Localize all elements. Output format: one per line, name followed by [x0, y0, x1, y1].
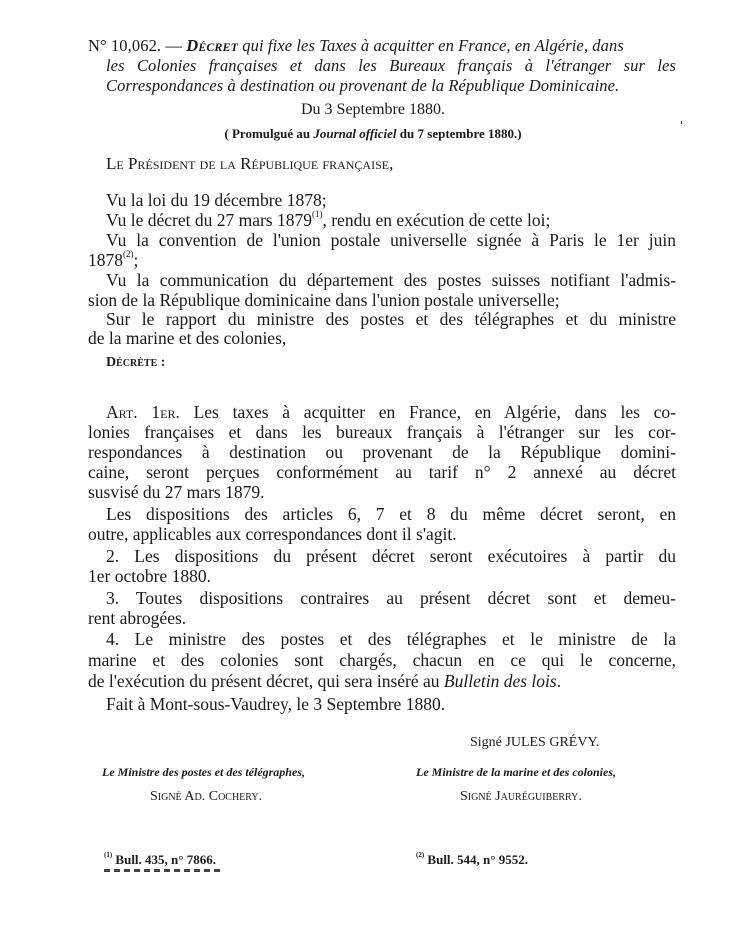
art1-line-2: lonies françaises et dans les bureaux fr… [88, 422, 676, 443]
art2-line-1: 2. Les dispositions du présent décret se… [106, 546, 676, 567]
footnote-ref-1[interactable]: (1) [312, 209, 323, 219]
sur-rapport-line-2: de la marine et des colonies, [88, 328, 286, 349]
decrete-heading: Décrète : [106, 355, 165, 371]
vu-convention-end: ; [134, 250, 139, 270]
journal-officiel: Journal officiel [313, 126, 396, 141]
vu-decret-text: Vu le décret du 27 mars 1879 [106, 210, 312, 230]
decree-title-line-3: Correspondances à destination ou provena… [106, 76, 619, 96]
footnote-2: (2) Bull. 544, n° 9552. [416, 852, 528, 868]
art4-line-2: marine et des colonies sont chargés, cha… [88, 650, 676, 671]
art1b-line-1: Les dispositions des articles 6, 7 et 8 … [106, 504, 676, 525]
promulgation-note: ( Promulgué au Journal officiel du 7 sep… [0, 126, 746, 142]
art1-line-4: caine, seront perçues conformément au ta… [88, 462, 676, 483]
art4-line-3: de l'exécution du présent décret, qui se… [88, 671, 561, 692]
vu-loi: Vu la loi du 19 décembre 1878; [106, 190, 327, 211]
title-text-1: qui fixe les Taxes à acquitter en France… [238, 36, 624, 55]
decree-title-line-2: les Colonies françaises et dans les Bure… [106, 56, 676, 76]
promulgation-post: du 7 septembre 1880.) [397, 126, 522, 141]
footnote-1: (1) Bull. 435, n° 7866. [104, 852, 216, 868]
art1-line-1: Art. 1er. Les taxes à acquitter en Franc… [106, 402, 676, 423]
art1-line-3: respondances à destination ou provenant … [88, 442, 676, 463]
vu-communication-line-1: Vu la communication du département des p… [106, 270, 676, 291]
fait-a-line: Fait à Mont-sous-Vaudrey, le 3 Septembre… [106, 694, 445, 715]
vu-convention-line-1: Vu la convention de l'union postale univ… [106, 230, 676, 251]
art2-line-2: 1er octobre 1880. [88, 566, 211, 587]
art4-end: . [557, 671, 561, 691]
art1-text-1: Les taxes à acquitter en France, en Algé… [180, 402, 676, 422]
vu-decret: Vu le décret du 27 mars 1879(1), rendu e… [106, 210, 550, 231]
decret-word: Décret [186, 36, 238, 55]
signature-president: Signé JULES GRÉVY. [470, 735, 599, 751]
decree-date: Du 3 Septembre 1880. [0, 101, 746, 119]
bulletin-des-lois: Bulletin des lois [444, 671, 557, 691]
art1-label: Art. 1er. [106, 402, 180, 422]
left-minister-signature: Signé Ad. Cochery. [150, 789, 262, 805]
scan-speck [681, 121, 682, 124]
vu-decret-rest: , rendu en exécution de cette loi; [322, 210, 550, 230]
promulgation-pre: ( Promulgué au [224, 126, 313, 141]
vu-convention-year: 1878 [88, 250, 123, 270]
footnote-1-text: Bull. 435, n° 7866. [115, 852, 216, 867]
title-dash: — [161, 36, 186, 55]
art1-line-5: susvisé du 27 mars 1879. [88, 482, 264, 503]
right-minister-signature: Signé Jauréguiberry. [460, 789, 582, 805]
decree-title-line-1: N° 10,062. — Décret qui fixe les Taxes à… [88, 36, 624, 56]
art1b-line-2: outre, applicables aux correspondances d… [88, 524, 457, 545]
right-minister-title: Le Ministre de la marine et des colonies… [416, 765, 616, 780]
decree-number: N° 10,062. [88, 36, 161, 55]
art4-line-1: 4. Le ministre des postes et des télégra… [106, 629, 676, 650]
footnote-2-mark: (2) [416, 851, 424, 859]
art3-line-1: 3. Toutes dispositions contraires au pré… [106, 588, 676, 609]
footnote-ref-2[interactable]: (2) [123, 249, 134, 259]
art3-line-2: rent abrogées. [88, 608, 186, 629]
left-minister-title: Le Ministre des postes et des télégraphe… [102, 765, 305, 780]
vu-communication-line-2: sion de la République dominicaine dans l… [88, 290, 560, 311]
footnote-1-mark: (1) [104, 851, 112, 859]
cropped-footnote-remnant [104, 869, 224, 872]
president-heading: Le Président de la République française, [106, 154, 393, 174]
art4-text-3: de l'exécution du présent décret, qui se… [88, 671, 444, 691]
footnote-2-text: Bull. 544, n° 9552. [427, 852, 528, 867]
vu-convention-line-2: 1878(2); [88, 250, 138, 271]
sur-rapport-line-1: Sur le rapport du ministre des postes et… [106, 309, 676, 330]
